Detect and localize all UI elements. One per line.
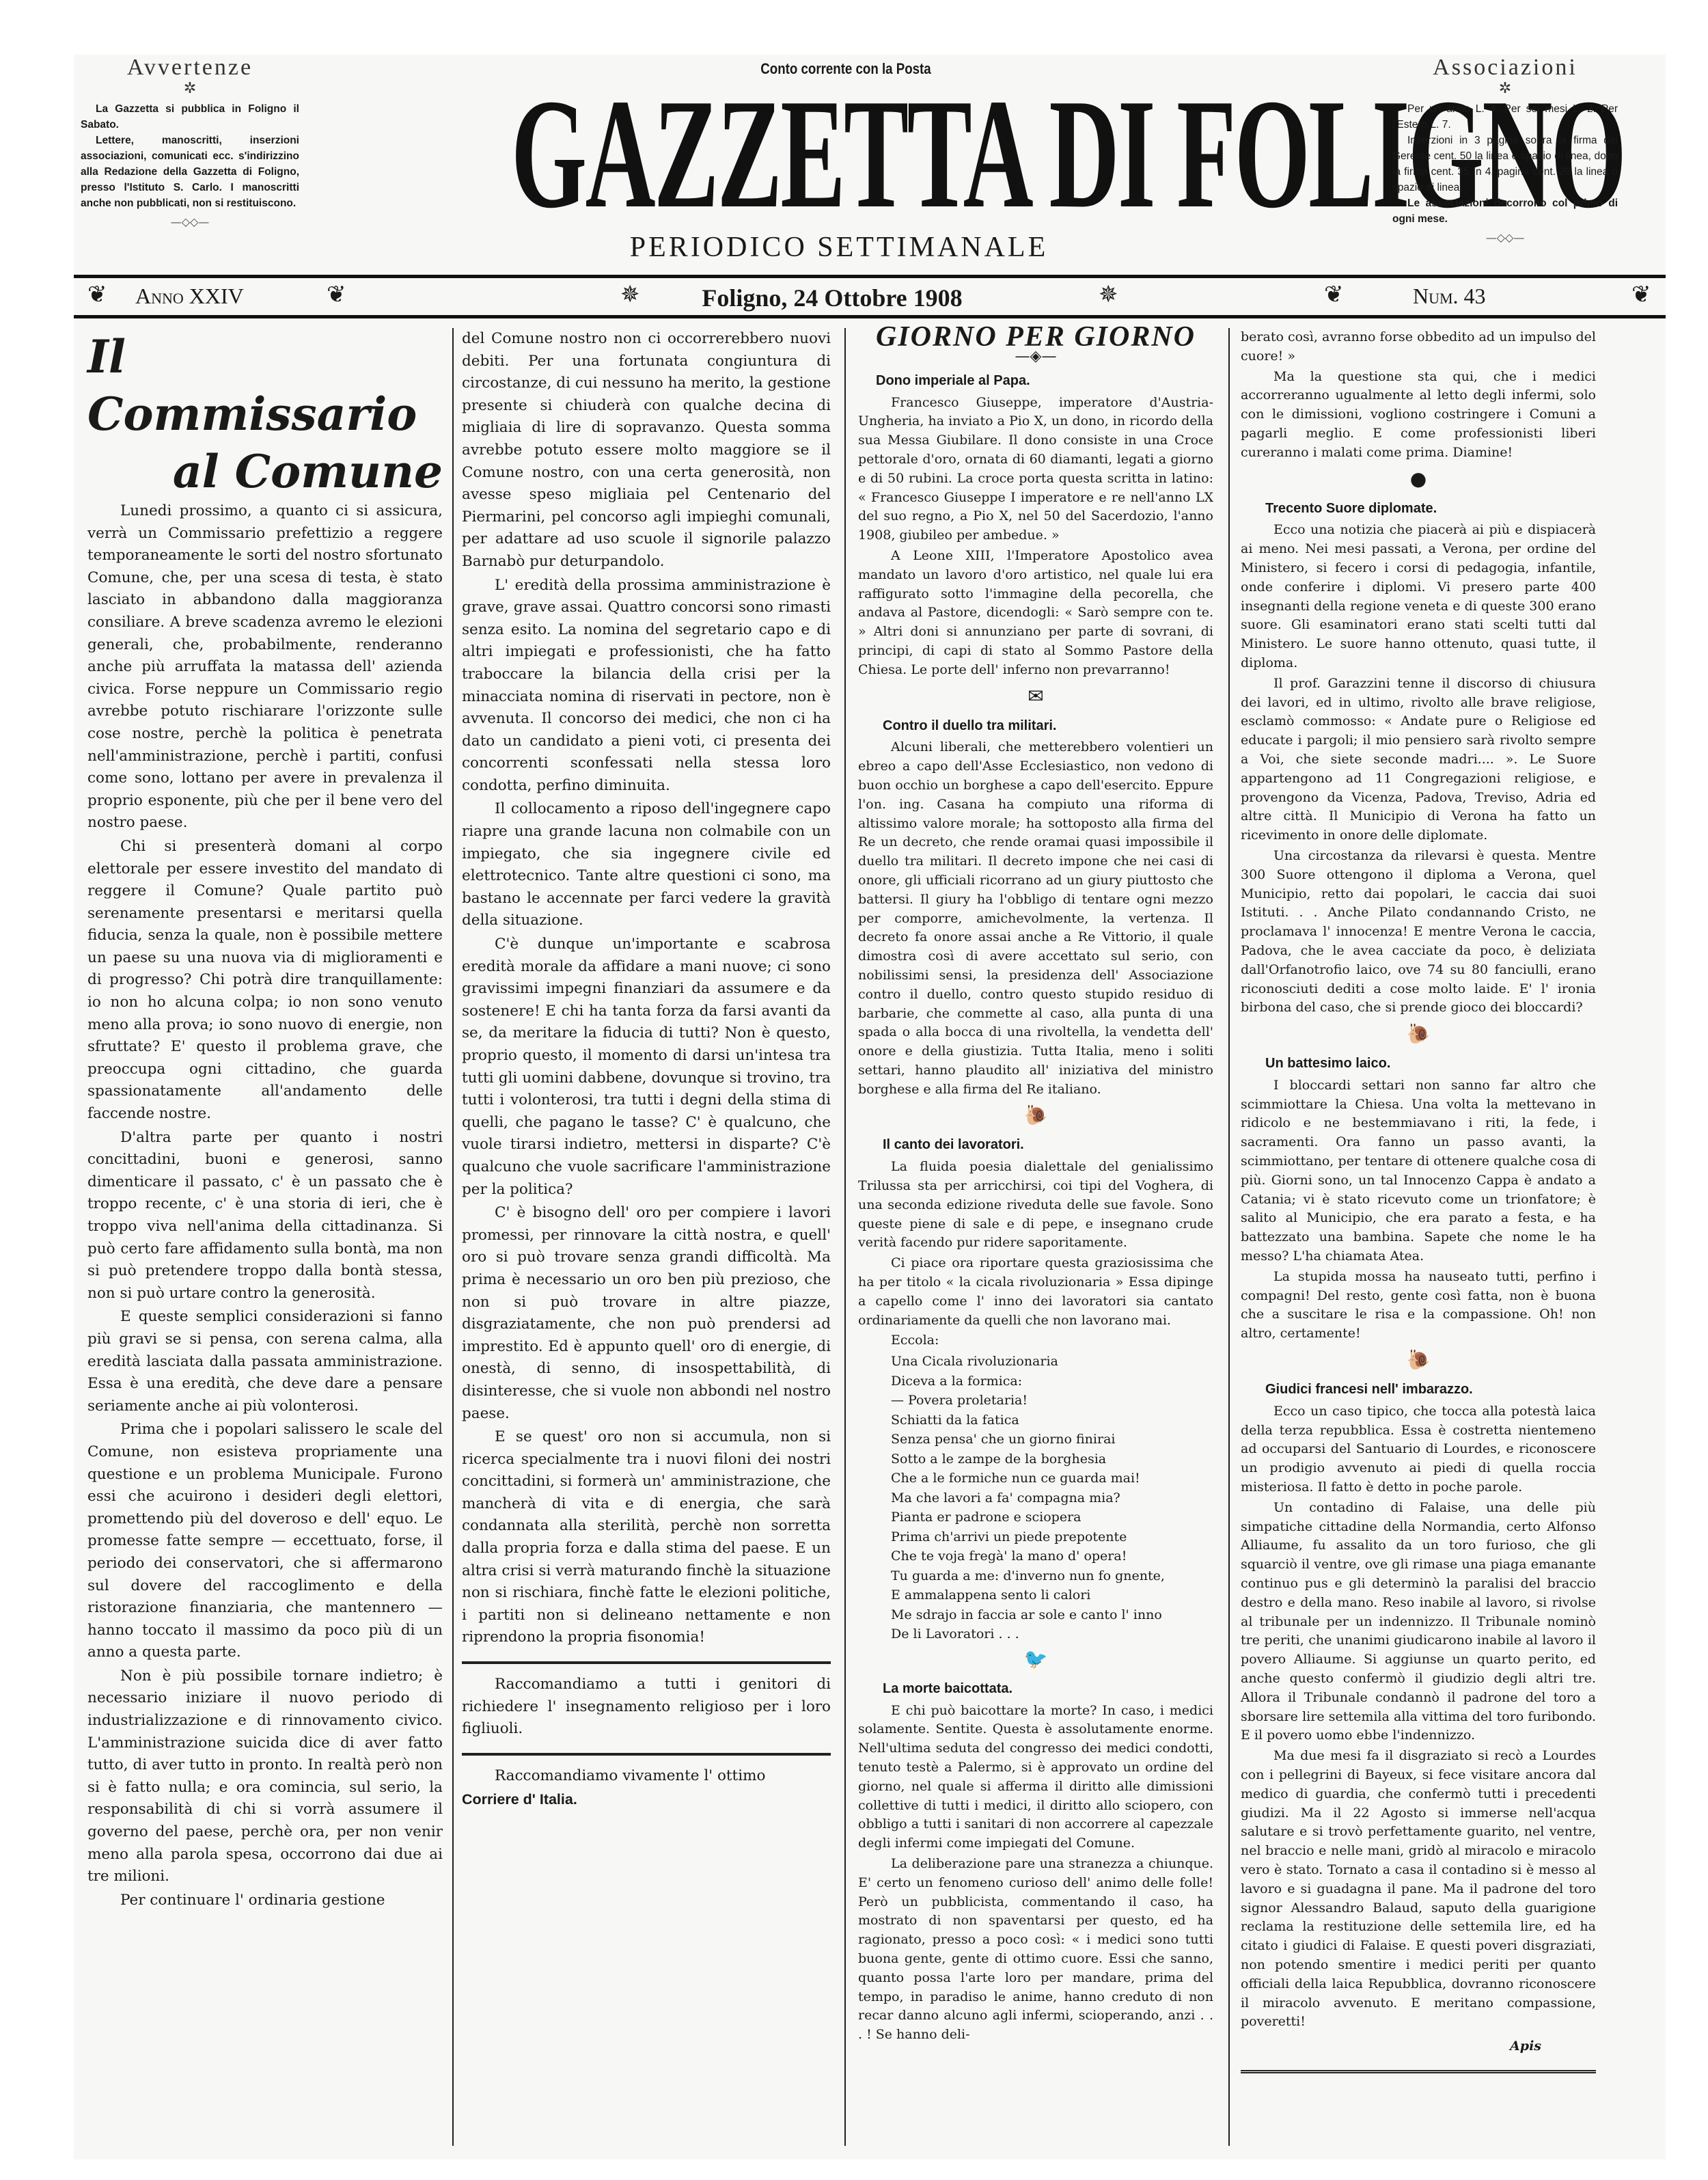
article-paragraph: C' è bisogno dell' oro per compiere i la… [462, 1202, 831, 1425]
newspaper-subtitle: PERIODICO SETTIMANALE [456, 231, 1222, 264]
poem-line: Me sdrajo in faccia ar sole e canto l' i… [891, 1605, 1213, 1625]
column-divider [1228, 328, 1230, 2146]
news-paragraph: Francesco Giuseppe, imperatore d'Austria… [858, 394, 1213, 545]
news-title: Contro il duello tra militari. [883, 717, 1213, 736]
article-paragraph: del Comune nostro non ci occorrerebbero … [462, 328, 831, 573]
news-title: La morte baicottata. [883, 1680, 1213, 1699]
news-paragraph: berato così, avranno forse obbedito ad u… [1241, 328, 1596, 366]
article-paragraph: C'è dunque un'importante e scabrosa ered… [462, 934, 831, 1201]
end-ornament-icon: —◇◇— [1392, 231, 1618, 244]
article-paragraph: Lunedi prossimo, a quanto ci si assicura… [87, 500, 443, 834]
news-title: Trecento Suore diplomate. [1265, 500, 1596, 519]
snail-icon: 🐌 [858, 1100, 1213, 1130]
column-divider [452, 328, 454, 2146]
avvertenze-title: Avvertenze [81, 55, 299, 81]
poem-line: E ammalappena sento li calori [891, 1585, 1213, 1605]
avvertenze-paragraph: La Gazzetta si pubblica in Foligno il Sa… [81, 101, 299, 133]
news-paragraph: Un contadino di Falaise, una delle più s… [1241, 1499, 1596, 1745]
dot-icon: ● [1241, 464, 1596, 494]
news-paragraph: La stupida mossa ha nauseato tutti, perf… [1241, 1268, 1596, 1344]
notice-corriere-title: Corriere d' Italia. [462, 1788, 831, 1811]
column-divider [844, 328, 846, 2146]
associazioni-title: Associazioni [1392, 55, 1618, 81]
news-paragraph: Eccola: [858, 1331, 1213, 1350]
news-paragraph: I bloccardi settari non sanno far altro … [1241, 1076, 1596, 1266]
news-paragraph: A Leone XIII, l'Imperatore Apostolico av… [858, 547, 1213, 680]
news-paragraph: Il prof. Garazzini tenne il discorso di … [1241, 675, 1596, 845]
poem-line: Ma che lavori a fa' compagna mia? [891, 1488, 1213, 1508]
article-paragraph: L' eredità della prossima amministrazion… [462, 575, 831, 798]
floral-ornament-icon: ❦ [1324, 281, 1344, 308]
news-paragraph: E chi può baicottare la morte? In caso, … [858, 1702, 1213, 1853]
article-paragraph: E queste semplici considerazioni si fann… [87, 1306, 443, 1417]
notice-corriere: Raccomandiamo vivamente l' ottimo [462, 1765, 831, 1788]
poem-line: Tu guarda a me: d'inverno nun fo gnente, [891, 1566, 1213, 1586]
news-paragraph: Ci piace ora riportare questa graziosiss… [858, 1254, 1213, 1330]
horizontal-rule [462, 1753, 831, 1756]
article-paragraph: Il collocamento a riposo dell'ingegnere … [462, 798, 831, 932]
news-paragraph: La fluida poesia dialettale del genialis… [858, 1158, 1213, 1253]
poem-line: Diceva a la formica: [891, 1372, 1213, 1391]
news-paragraph: Ecco un caso tipico, che tocca alla pote… [1241, 1402, 1596, 1497]
poem-line: Prima ch'arrivi un piede prepotente [891, 1527, 1213, 1547]
news-title: Un battesimo laico. [1265, 1054, 1596, 1074]
poem-line: Una Cicala rivoluzionaria [891, 1352, 1213, 1372]
headline-line: al Comune [87, 443, 443, 500]
floral-ornament-icon: ❦ [87, 281, 107, 308]
article-paragraph: Per continuare l' ordinaria gestione [87, 1890, 443, 1912]
column-2: del Comune nostro non ci occorrerebbero … [462, 328, 831, 1811]
article-paragraph: Non è più possibile tornare indietro; è … [87, 1665, 443, 1888]
issue-number: Num. 43 [1413, 284, 1486, 309]
associazioni-paragraph: Per un anno L. 4. Per sei mesi L. 2. Per… [1392, 101, 1618, 133]
associazioni-paragraph: Inserzioni in 3 pagine sopra la firma de… [1392, 133, 1618, 195]
snail-icon: 🐌 [1241, 1019, 1596, 1049]
article-paragraph: E se quest' oro non si accumula, non si … [462, 1426, 831, 1649]
news-paragraph: Una circostanza da rilevarsi è questa. M… [1241, 847, 1596, 1018]
end-ornament-icon: —◇◇— [81, 215, 299, 228]
section-title: GIORNO PER GIORNO [858, 328, 1213, 347]
news-title: Giudici francesi nell' imbarazzo. [1265, 1380, 1596, 1400]
poem-line: De li Lavoratori . . . [891, 1624, 1213, 1644]
poem: Una Cicala rivoluzionaria Diceva a la fo… [858, 1352, 1213, 1644]
newspaper-page: Avvertenze ✲ La Gazzetta si pubblica in … [74, 55, 1666, 2159]
newspaper-title: GAZZETTA DI FOLIGNO [511, 82, 1181, 226]
poem-line: Che te voja fregà' la mano d' opera! [891, 1547, 1213, 1566]
column-3: GIORNO PER GIORNO —◈— Dono imperiale al … [858, 328, 1213, 2046]
news-paragraph: Ma due mesi fa il disgraziato si recò a … [1241, 1747, 1596, 2032]
news-title: Il canto dei lavoratori. [883, 1136, 1213, 1155]
poem-line: Sotto a le zampe de la borghesia [891, 1449, 1213, 1469]
associazioni-text: Per un anno L. 4. Per sei mesi L. 2. Per… [1392, 101, 1618, 227]
article-paragraph: Prima che i popolari salissero le scale … [87, 1419, 443, 1664]
column-4: berato così, avranno forse obbedito ad u… [1241, 328, 1596, 2073]
horizontal-rule [1241, 2070, 1596, 2073]
avvertenze-box: Avvertenze ✲ La Gazzetta si pubblica in … [81, 55, 299, 228]
author-signature: Apis [1241, 2037, 1596, 2056]
issue-info-band: ❦ Anno XXIV ❦ ✵ Foligno, 24 Ottobre 1908… [74, 275, 1666, 318]
notice-religious-education: Raccomandiamo a tutti i genitori di rich… [462, 1674, 831, 1741]
poem-line: Schiatti da la fatica [891, 1411, 1213, 1430]
avvertenze-text: La Gazzetta si pubblica in Foligno il Sa… [81, 101, 299, 211]
floral-ornament-icon: ❦ [327, 281, 346, 308]
poem-line: Senza pensa' che un giorno finirai [891, 1430, 1213, 1449]
news-paragraph: Ecco una notizia che piacerà ai più e di… [1241, 521, 1596, 672]
ornament-icon: ✲ [1392, 81, 1618, 97]
poem-line: Che a le formiche nun ce guarda mai! [891, 1469, 1213, 1488]
associazioni-paragraph: Le associazioni decorrono col primo di o… [1392, 195, 1618, 227]
floral-ornament-icon: ❦ [1631, 281, 1651, 308]
horizontal-rule [462, 1661, 831, 1664]
avvertenze-paragraph: Lettere, manoscritti, inserzioni associa… [81, 133, 299, 211]
snail-icon: 🐌 [1241, 1345, 1596, 1375]
poem-line: Pianta er padrone e sciopera [891, 1508, 1213, 1527]
headline-line: Il Commissario [87, 328, 443, 443]
envelope-icon: ✉ [858, 681, 1213, 711]
issue-year: Anno XXIV [135, 284, 244, 309]
associazioni-box: Associazioni ✲ Per un anno L. 4. Per sei… [1392, 55, 1618, 244]
issue-date: Foligno, 24 Ottobre 1908 [525, 284, 1140, 312]
news-title: Dono imperiale al Papa. [876, 372, 1213, 391]
article-paragraph: Chi si presenterà domani al corpo eletto… [87, 836, 443, 1126]
ornament-icon: ✲ [81, 81, 299, 97]
main-headline: Il Commissario al Comune [87, 328, 443, 500]
article-paragraph: D'altra parte per quanto i nostri concit… [87, 1127, 443, 1305]
star-ornament-icon: ✵ [1099, 281, 1118, 308]
poem-line: — Povera proletaria! [891, 1391, 1213, 1411]
bird-icon: 🐦 [858, 1644, 1213, 1674]
news-paragraph: Ma la questione sta qui, che i medici ac… [1241, 368, 1596, 463]
column-1: Il Commissario al Comune Lunedi prossimo… [87, 328, 443, 1913]
news-paragraph: La deliberazione pare una stranezza a ch… [858, 1855, 1213, 2045]
news-paragraph: Alcuni liberali, che metterebbero volent… [858, 738, 1213, 1099]
